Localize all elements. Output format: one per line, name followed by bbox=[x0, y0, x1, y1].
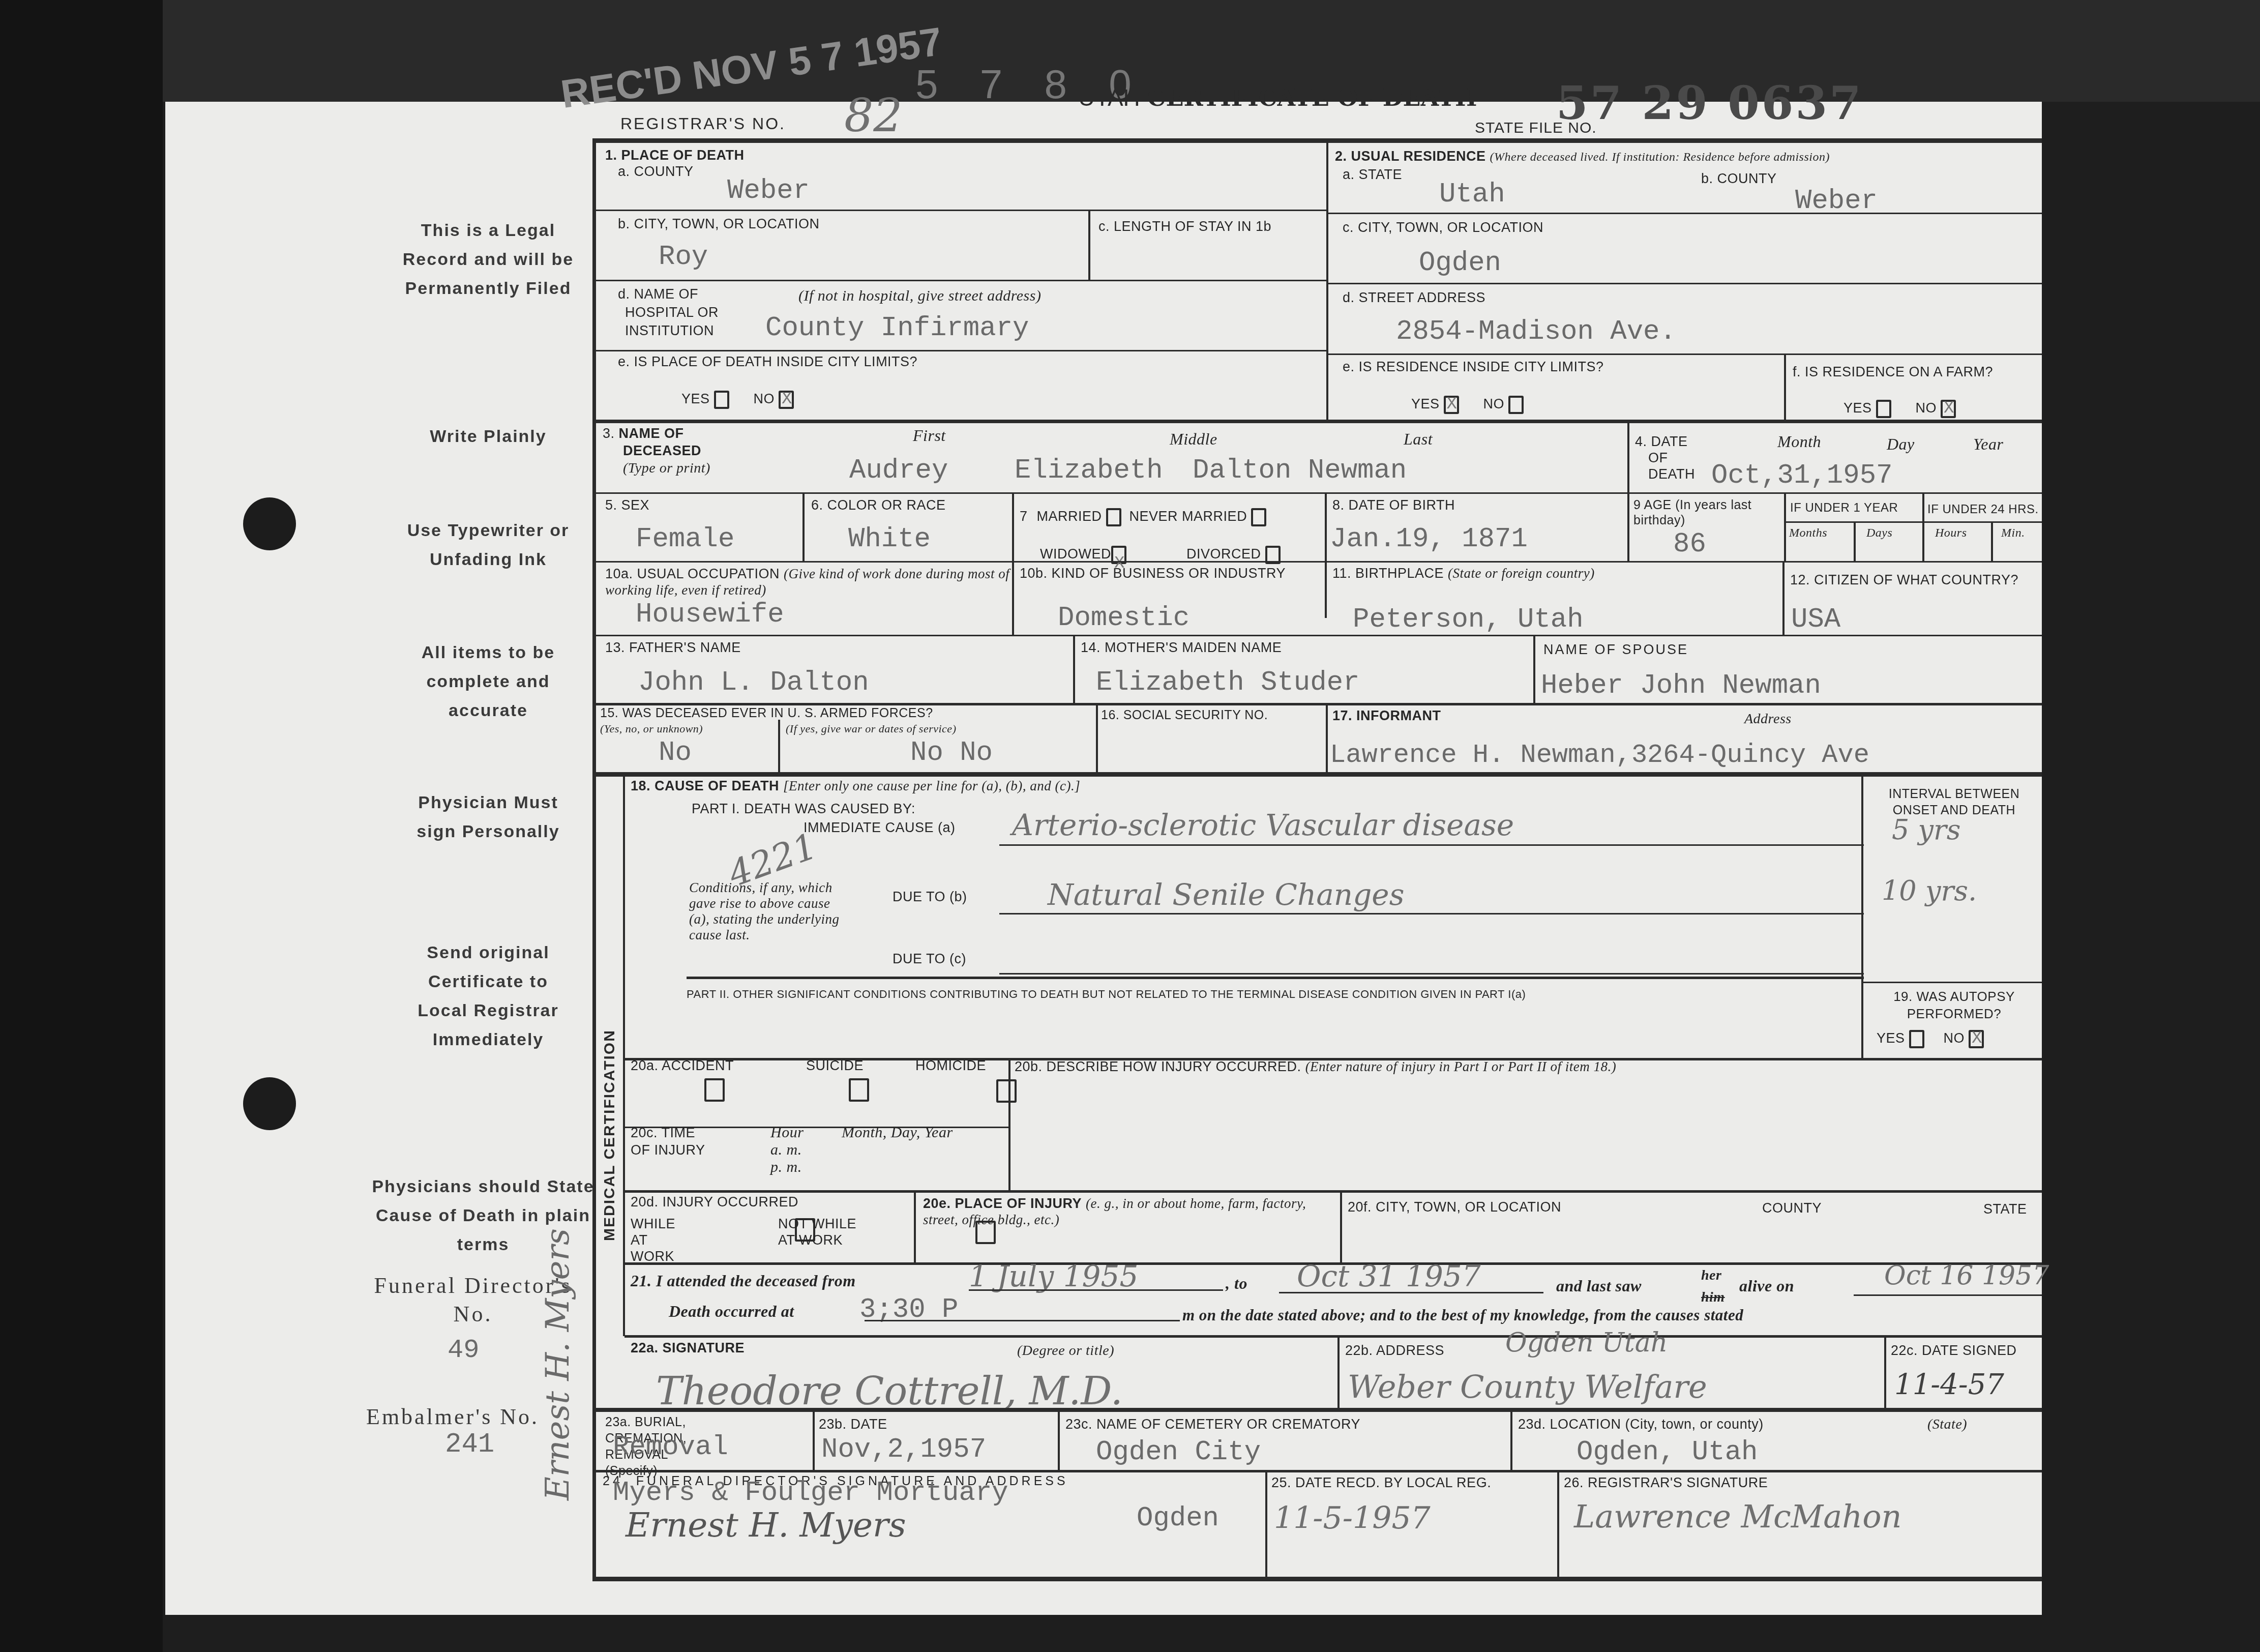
title-text: CERTIFICATE OF DEATH bbox=[1147, 84, 1477, 111]
residence-county-label: b. COUNTY bbox=[1701, 171, 1777, 187]
row-divider bbox=[595, 703, 2042, 705]
residence-inside-city-label: e. IS RESIDENCE INSIDE CITY LIMITS? bbox=[1343, 359, 1604, 375]
sex-label: 5. SEX bbox=[605, 497, 649, 513]
citizen-label: 12. CITIZEN OF WHAT COUNTRY? bbox=[1790, 572, 2018, 588]
ssn-label: 16. SOCIAL SECURITY NO. bbox=[1101, 708, 1268, 723]
hour-label: Hour a. m. p. m. bbox=[770, 1124, 804, 1176]
divider bbox=[1325, 562, 1327, 618]
state-file-no-label: STATE FILE NO. bbox=[1475, 120, 1597, 137]
form-top-border bbox=[592, 138, 2042, 143]
attended-to-label: , to bbox=[1226, 1274, 1247, 1293]
scan-background-left bbox=[0, 0, 163, 1652]
suicide-checkbox[interactable] bbox=[849, 1078, 869, 1102]
industry-label: 10b. KIND OF BUSINESS OR INDUSTRY bbox=[1020, 566, 1286, 581]
immediate-cause-value[interactable]: Arterio-sclerotic Vascular disease bbox=[1012, 808, 1514, 842]
burial-location-label: 23d. LOCATION (City, town, or county) bbox=[1518, 1417, 1764, 1432]
burial-date-value[interactable]: Nov,2,1957 bbox=[821, 1434, 986, 1465]
part2-label: PART II. OTHER SIGNIFICANT CONDITIONS CO… bbox=[687, 988, 1526, 1001]
cause-a-line bbox=[999, 844, 1864, 846]
residence-inside-city-no-checkbox[interactable] bbox=[1508, 396, 1524, 414]
hole-punch-bottom bbox=[243, 1077, 296, 1130]
row-divider bbox=[625, 1335, 2042, 1338]
divider bbox=[1340, 1191, 1342, 1262]
divider bbox=[1073, 636, 1075, 704]
residence-inside-city-options: YES NO bbox=[1411, 396, 1524, 414]
injury-city-label: 20f. CITY, TOWN, OR LOCATION bbox=[1348, 1199, 1561, 1215]
armed-forces-label: 15. WAS DECEASED EVER IN U. S. ARMED FOR… bbox=[600, 706, 933, 721]
burial-date-label: 23b. DATE bbox=[819, 1417, 887, 1432]
death-inside-city-no-checkbox[interactable] bbox=[779, 391, 794, 409]
note-complete: All items to be complete and accurate bbox=[402, 638, 575, 725]
cause-b-line bbox=[999, 913, 1864, 914]
divider bbox=[914, 1191, 916, 1262]
title-prefix: UTAH bbox=[1078, 84, 1140, 111]
divider bbox=[1325, 493, 1327, 562]
farm-options: YES NO bbox=[1843, 400, 1956, 418]
residence-county-value[interactable]: Weber bbox=[1795, 186, 1878, 217]
divider bbox=[1557, 1471, 1559, 1578]
row-divider bbox=[1327, 213, 2042, 214]
farm-yes-checkbox[interactable] bbox=[1876, 400, 1891, 418]
min-label: Min. bbox=[2001, 526, 2025, 540]
residence-state-value[interactable]: Utah bbox=[1439, 179, 1505, 210]
autopsy-options: YES NO bbox=[1877, 1030, 1984, 1048]
length-of-stay-label: c. LENGTH OF STAY IN 1b bbox=[1098, 219, 1271, 234]
last-name-label: Last bbox=[1404, 430, 1433, 449]
divider bbox=[1922, 493, 1924, 562]
row-divider bbox=[595, 210, 1327, 211]
deceased-first-name[interactable]: Audrey bbox=[849, 455, 948, 486]
never-married-checkbox[interactable] bbox=[1251, 508, 1266, 526]
first-name-label: First bbox=[913, 426, 946, 445]
row-divider bbox=[1785, 521, 2042, 523]
death-city-value[interactable]: Roy bbox=[659, 242, 708, 273]
date-signed-value[interactable]: 11-4-57 bbox=[1894, 1368, 2004, 1401]
manner-labels: 20a. ACCIDENT SUICIDE HOMICIDE bbox=[631, 1058, 1007, 1074]
section-divider bbox=[595, 772, 2042, 777]
row-divider bbox=[1327, 283, 2042, 284]
dob-value[interactable]: Jan.19, 1871 bbox=[1330, 524, 1528, 555]
citizen-value[interactable]: USA bbox=[1791, 604, 1840, 635]
attended-from-line bbox=[969, 1289, 1223, 1291]
divider bbox=[802, 493, 805, 562]
place-of-injury-label: 20e. PLACE OF INJURY (e. g., in or about… bbox=[923, 1195, 1330, 1228]
father-label: 13. FATHER'S NAME bbox=[605, 640, 741, 656]
degree-label: (Degree or title) bbox=[1017, 1343, 1114, 1359]
injury-state-label: STATE bbox=[1983, 1201, 2027, 1217]
attended-statement: 21. I attended the deceased from bbox=[631, 1272, 856, 1290]
alive-on-line bbox=[1854, 1294, 2042, 1296]
death-inside-city-options: YES NO bbox=[681, 391, 794, 409]
divider bbox=[813, 1410, 815, 1472]
divider bbox=[1326, 704, 1328, 773]
signature-label: 22a. SIGNATURE bbox=[631, 1340, 745, 1356]
hours-label: Hours bbox=[1935, 526, 1967, 540]
spouse-value[interactable]: Heber John Newman bbox=[1541, 670, 1821, 701]
institution-label: d. NAME OF HOSPITAL OR INSTITUTION bbox=[618, 285, 719, 340]
residence-inside-city-yes-checkbox[interactable] bbox=[1444, 396, 1459, 414]
burial-value[interactable]: Removal bbox=[613, 1432, 728, 1463]
cause-of-death-label: 18. CAUSE OF DEATH [Enter only one cause… bbox=[631, 778, 1080, 794]
date-of-death-label: 4. DATE OF DEATH bbox=[1635, 433, 1695, 482]
mother-value[interactable]: Elizabeth Studer bbox=[1096, 667, 1359, 698]
usual-residence-label: 2. USUAL RESIDENCE (Where deceased lived… bbox=[1335, 149, 1830, 164]
death-occurred-label: Death occurred at bbox=[669, 1302, 794, 1321]
form-left-border bbox=[592, 138, 596, 1581]
last-saw-label: and last saw bbox=[1556, 1277, 1642, 1295]
middle-name-label: Middle bbox=[1170, 430, 1217, 449]
sex-value[interactable]: Female bbox=[636, 524, 734, 555]
note-typewriter: Use Typewriter or Unfading Ink bbox=[386, 516, 590, 574]
due-to-b-label: DUE TO (b) bbox=[893, 889, 967, 905]
divider bbox=[1012, 562, 1014, 636]
occupation-label: 10a. USUAL OCCUPATION (Give kind of work… bbox=[605, 566, 1012, 598]
note-legal-record: This is a Legal Record and will be Perma… bbox=[386, 216, 590, 303]
divider bbox=[778, 720, 780, 773]
informant-address-label: Address bbox=[1744, 711, 1792, 727]
race-value[interactable]: White bbox=[848, 524, 931, 555]
interval-divider bbox=[1861, 774, 1863, 1059]
registrars-no-label: REGISTRAR'S NO. bbox=[620, 114, 786, 133]
embalmer-no-value: 241 bbox=[445, 1429, 494, 1460]
divider bbox=[1533, 636, 1535, 704]
accident-checkbox[interactable] bbox=[704, 1078, 725, 1102]
farm-no-checkbox[interactable] bbox=[1941, 400, 1956, 418]
date-recd-label: 25. DATE RECD. BY LOCAL REG. bbox=[1271, 1475, 1491, 1491]
age-label: 9 AGE (In years last birthday) bbox=[1633, 497, 1778, 528]
registrars-no-value: 82 bbox=[844, 89, 903, 142]
divider bbox=[1991, 522, 1993, 562]
row-divider bbox=[595, 350, 1327, 351]
last-saw-date-value[interactable]: Oct 16 1957 bbox=[1884, 1260, 2049, 1291]
armed-forces-value[interactable]: No bbox=[659, 737, 692, 769]
autopsy-top bbox=[1862, 982, 2042, 983]
note-send-original: Send original Certificate to Local Regis… bbox=[402, 938, 575, 1054]
institution-hint: (If not in hospital, give street address… bbox=[798, 287, 1041, 305]
divider-length-of-stay bbox=[1088, 210, 1090, 281]
divider bbox=[1854, 522, 1856, 562]
row-divider bbox=[595, 635, 2042, 636]
part1-bottom-line bbox=[687, 977, 1864, 979]
dob-label: 8. DATE OF BIRTH bbox=[1332, 497, 1455, 513]
residence-city-value[interactable]: Ogden bbox=[1419, 248, 1501, 279]
month-day-year-label: Month, Day, Year bbox=[842, 1124, 953, 1141]
divider bbox=[1510, 1410, 1512, 1472]
father-value[interactable]: John L. Dalton bbox=[638, 667, 869, 698]
section-divider bbox=[595, 1408, 2042, 1412]
mother-label: 14. MOTHER'S MAIDEN NAME bbox=[1081, 640, 1282, 656]
year-label: Year bbox=[1973, 435, 2004, 454]
form-bottom-border bbox=[592, 1577, 2042, 1581]
immediate-cause-label: IMMEDIATE CAUSE (a) bbox=[804, 820, 956, 836]
divider bbox=[1265, 1471, 1267, 1578]
not-while-at-work-label: NOT WHILE AT WORK bbox=[778, 1216, 859, 1248]
injury-occurred-label: 20d. INJURY OCCURRED bbox=[631, 1194, 798, 1210]
certificate-title: UTAHCERTIFICATE OF DEATH bbox=[1078, 84, 1477, 111]
part1-label: PART I. DEATH WAS CAUSED BY: bbox=[692, 801, 915, 817]
injury-county-label: COUNTY bbox=[1762, 1200, 1822, 1216]
date-of-death-value[interactable]: Oct,31,1957 bbox=[1711, 460, 1892, 491]
section-divider bbox=[595, 420, 2042, 423]
physician-signature[interactable]: Theodore Cottrell, M.D. bbox=[656, 1368, 1123, 1413]
divider-date-of-death bbox=[1627, 422, 1629, 493]
divider bbox=[1008, 1059, 1010, 1191]
race-label: 6. COLOR OR RACE bbox=[811, 497, 946, 513]
state-file-no-value: 57 29 0637 bbox=[1556, 76, 1863, 130]
autopsy-yes-checkbox[interactable] bbox=[1909, 1030, 1924, 1048]
medical-certification-label: MEDICAL CERTIFICATION bbox=[601, 1029, 618, 1241]
divider bbox=[1627, 493, 1629, 562]
industry-value[interactable]: Domestic bbox=[1058, 603, 1190, 634]
note-write-plainly: Write Plainly bbox=[386, 422, 590, 451]
homicide-checkbox[interactable] bbox=[996, 1079, 1017, 1103]
death-inside-city-label: e. IS PLACE OF DEATH INSIDE CITY LIMITS? bbox=[618, 354, 917, 370]
deceased-middle-name[interactable]: Elizabeth bbox=[1015, 455, 1163, 486]
divider bbox=[1884, 1336, 1886, 1409]
months-label: Months bbox=[1789, 526, 1827, 540]
time-of-injury-label: 20c. TIME OF INJURY bbox=[631, 1124, 707, 1159]
funeral-director-signature[interactable]: Ernest H. Myers bbox=[626, 1506, 906, 1545]
interval-a-value[interactable]: 5 yrs bbox=[1892, 814, 1961, 846]
autopsy-no-checkbox[interactable] bbox=[1969, 1030, 1984, 1048]
residence-state-label: a. STATE bbox=[1343, 167, 1402, 183]
institution-value[interactable]: County Infirmary bbox=[765, 313, 1029, 344]
attended-from-value[interactable]: 1 July 1955 bbox=[969, 1259, 1138, 1293]
death-county-value[interactable]: Weber bbox=[727, 175, 810, 206]
death-city-label: b. CITY, TOWN, OR LOCATION bbox=[618, 216, 820, 232]
embalmer-no-label: Embalmer's No. bbox=[366, 1404, 539, 1430]
date-recd-value[interactable]: 11-5-1957 bbox=[1274, 1500, 1431, 1536]
him-label: him bbox=[1701, 1289, 1725, 1306]
injury-description-label: 20b. DESCRIBE HOW INJURY OCCURRED. (Ente… bbox=[1015, 1059, 1616, 1075]
alive-on-label: alive on bbox=[1739, 1277, 1794, 1295]
attended-to-value[interactable]: Oct 31 1957 bbox=[1297, 1259, 1481, 1293]
birthplace-label: 11. BIRTHPLACE (State or foreign country… bbox=[1332, 566, 1595, 581]
divider bbox=[1012, 493, 1014, 562]
physician-address-label: 22b. ADDRESS bbox=[1345, 1343, 1444, 1359]
day-label: Day bbox=[1887, 435, 1915, 454]
burial-state-label: (State) bbox=[1927, 1417, 1967, 1433]
cemetery-value[interactable]: Ogden City bbox=[1096, 1437, 1261, 1468]
informant-label: 17. INFORMANT bbox=[1332, 708, 1441, 724]
row-divider bbox=[1327, 353, 2042, 355]
divider bbox=[1784, 493, 1786, 562]
conditions-hint: Conditions, if any, which gave rise to a… bbox=[689, 880, 852, 943]
divider-farm bbox=[1784, 355, 1786, 421]
place-of-death-label: 1. PLACE OF DEATH bbox=[605, 147, 745, 163]
death-statement: m on the date stated above; and to the b… bbox=[1182, 1306, 1743, 1324]
funeral-home-city-value[interactable]: Ogden bbox=[1137, 1503, 1219, 1534]
married-checkbox[interactable] bbox=[1106, 508, 1121, 526]
divider bbox=[1058, 1410, 1060, 1472]
birthplace-value[interactable]: Peterson, Utah bbox=[1353, 604, 1584, 635]
divider bbox=[1782, 562, 1785, 636]
armed-forces-hint-1: (Yes, no, or unknown) bbox=[600, 722, 703, 735]
cemetery-label: 23c. NAME OF CEMETERY OR CREMATORY bbox=[1065, 1417, 1360, 1432]
death-county-label: a. COUNTY bbox=[618, 164, 694, 180]
registrar-signature[interactable]: Lawrence McMahon bbox=[1574, 1498, 1901, 1535]
spouse-label: NAME OF SPOUSE bbox=[1543, 642, 1688, 658]
deceased-name-label: 3. NAME OF DECEASED (Type or print) bbox=[603, 425, 710, 477]
residence-city-label: c. CITY, TOWN, OR LOCATION bbox=[1343, 220, 1543, 235]
medical-side-divider bbox=[623, 774, 625, 1336]
days-label: Days bbox=[1866, 526, 1892, 540]
residence-street-value[interactable]: 2854-Madison Ave. bbox=[1396, 316, 1676, 347]
armed-forces-service-value[interactable]: No No bbox=[910, 737, 993, 769]
funeral-home-value[interactable]: Myers & Foulger Mortuary bbox=[613, 1478, 1008, 1509]
under-1-year-label: IF UNDER 1 YEAR bbox=[1790, 501, 1898, 515]
cause-c-line bbox=[999, 973, 1864, 975]
informant-value[interactable]: Lawrence H. Newman,3264-Quincy Ave bbox=[1330, 740, 1869, 770]
row-divider bbox=[595, 492, 2042, 494]
residence-street-label: d. STREET ADDRESS bbox=[1343, 290, 1485, 306]
date-signed-label: 22c. DATE SIGNED bbox=[1891, 1343, 2017, 1359]
month-label: Month bbox=[1777, 432, 1821, 451]
occupation-value[interactable]: Housewife bbox=[636, 599, 784, 630]
farm-label: f. IS RESIDENCE ON A FARM? bbox=[1793, 364, 1993, 380]
autopsy-label: 19. WAS AUTOPSY PERFORMED? bbox=[1869, 988, 2039, 1022]
physician-address-line1[interactable]: Ogden Utah bbox=[1505, 1327, 1668, 1358]
attended-to-line bbox=[1279, 1292, 1543, 1293]
hole-punch-top bbox=[243, 497, 296, 550]
interval-b-value[interactable]: 10 yrs. bbox=[1882, 875, 1977, 907]
age-value[interactable]: 86 bbox=[1673, 529, 1706, 560]
physician-address-line2[interactable]: Weber County Welfare bbox=[1348, 1368, 1707, 1405]
under-24-hrs-label: IF UNDER 24 HRS. bbox=[1927, 503, 2039, 517]
deceased-last-name[interactable]: Dalton Newman bbox=[1193, 455, 1407, 486]
row-divider bbox=[625, 1190, 2042, 1193]
row-divider bbox=[595, 1470, 2042, 1472]
row-divider bbox=[595, 280, 1327, 281]
her-label: her bbox=[1701, 1267, 1721, 1284]
divider bbox=[1337, 1336, 1340, 1409]
funeral-director-no-value: 49 bbox=[448, 1335, 479, 1365]
registrar-signature-label: 26. REGISTRAR'S SIGNATURE bbox=[1564, 1475, 1768, 1491]
note-physician-sign: Physician Must sign Personally bbox=[412, 788, 564, 846]
due-to-b-value[interactable]: Natural Senile Changes bbox=[1048, 877, 1404, 912]
row-divider bbox=[595, 561, 2042, 563]
burial-location-value[interactable]: Ogden, Utah bbox=[1577, 1437, 1758, 1468]
margin-signature: Ernest H. Myers bbox=[539, 1228, 577, 1500]
while-at-work-label: WHILE AT WORK bbox=[631, 1216, 692, 1264]
death-time-line bbox=[865, 1320, 1180, 1321]
divider bbox=[1096, 704, 1098, 773]
death-inside-city-yes-checkbox[interactable] bbox=[714, 391, 729, 409]
due-to-c-label: DUE TO (c) bbox=[893, 951, 966, 967]
armed-forces-hint-2: (If yes, give war or dates of service) bbox=[786, 722, 956, 735]
